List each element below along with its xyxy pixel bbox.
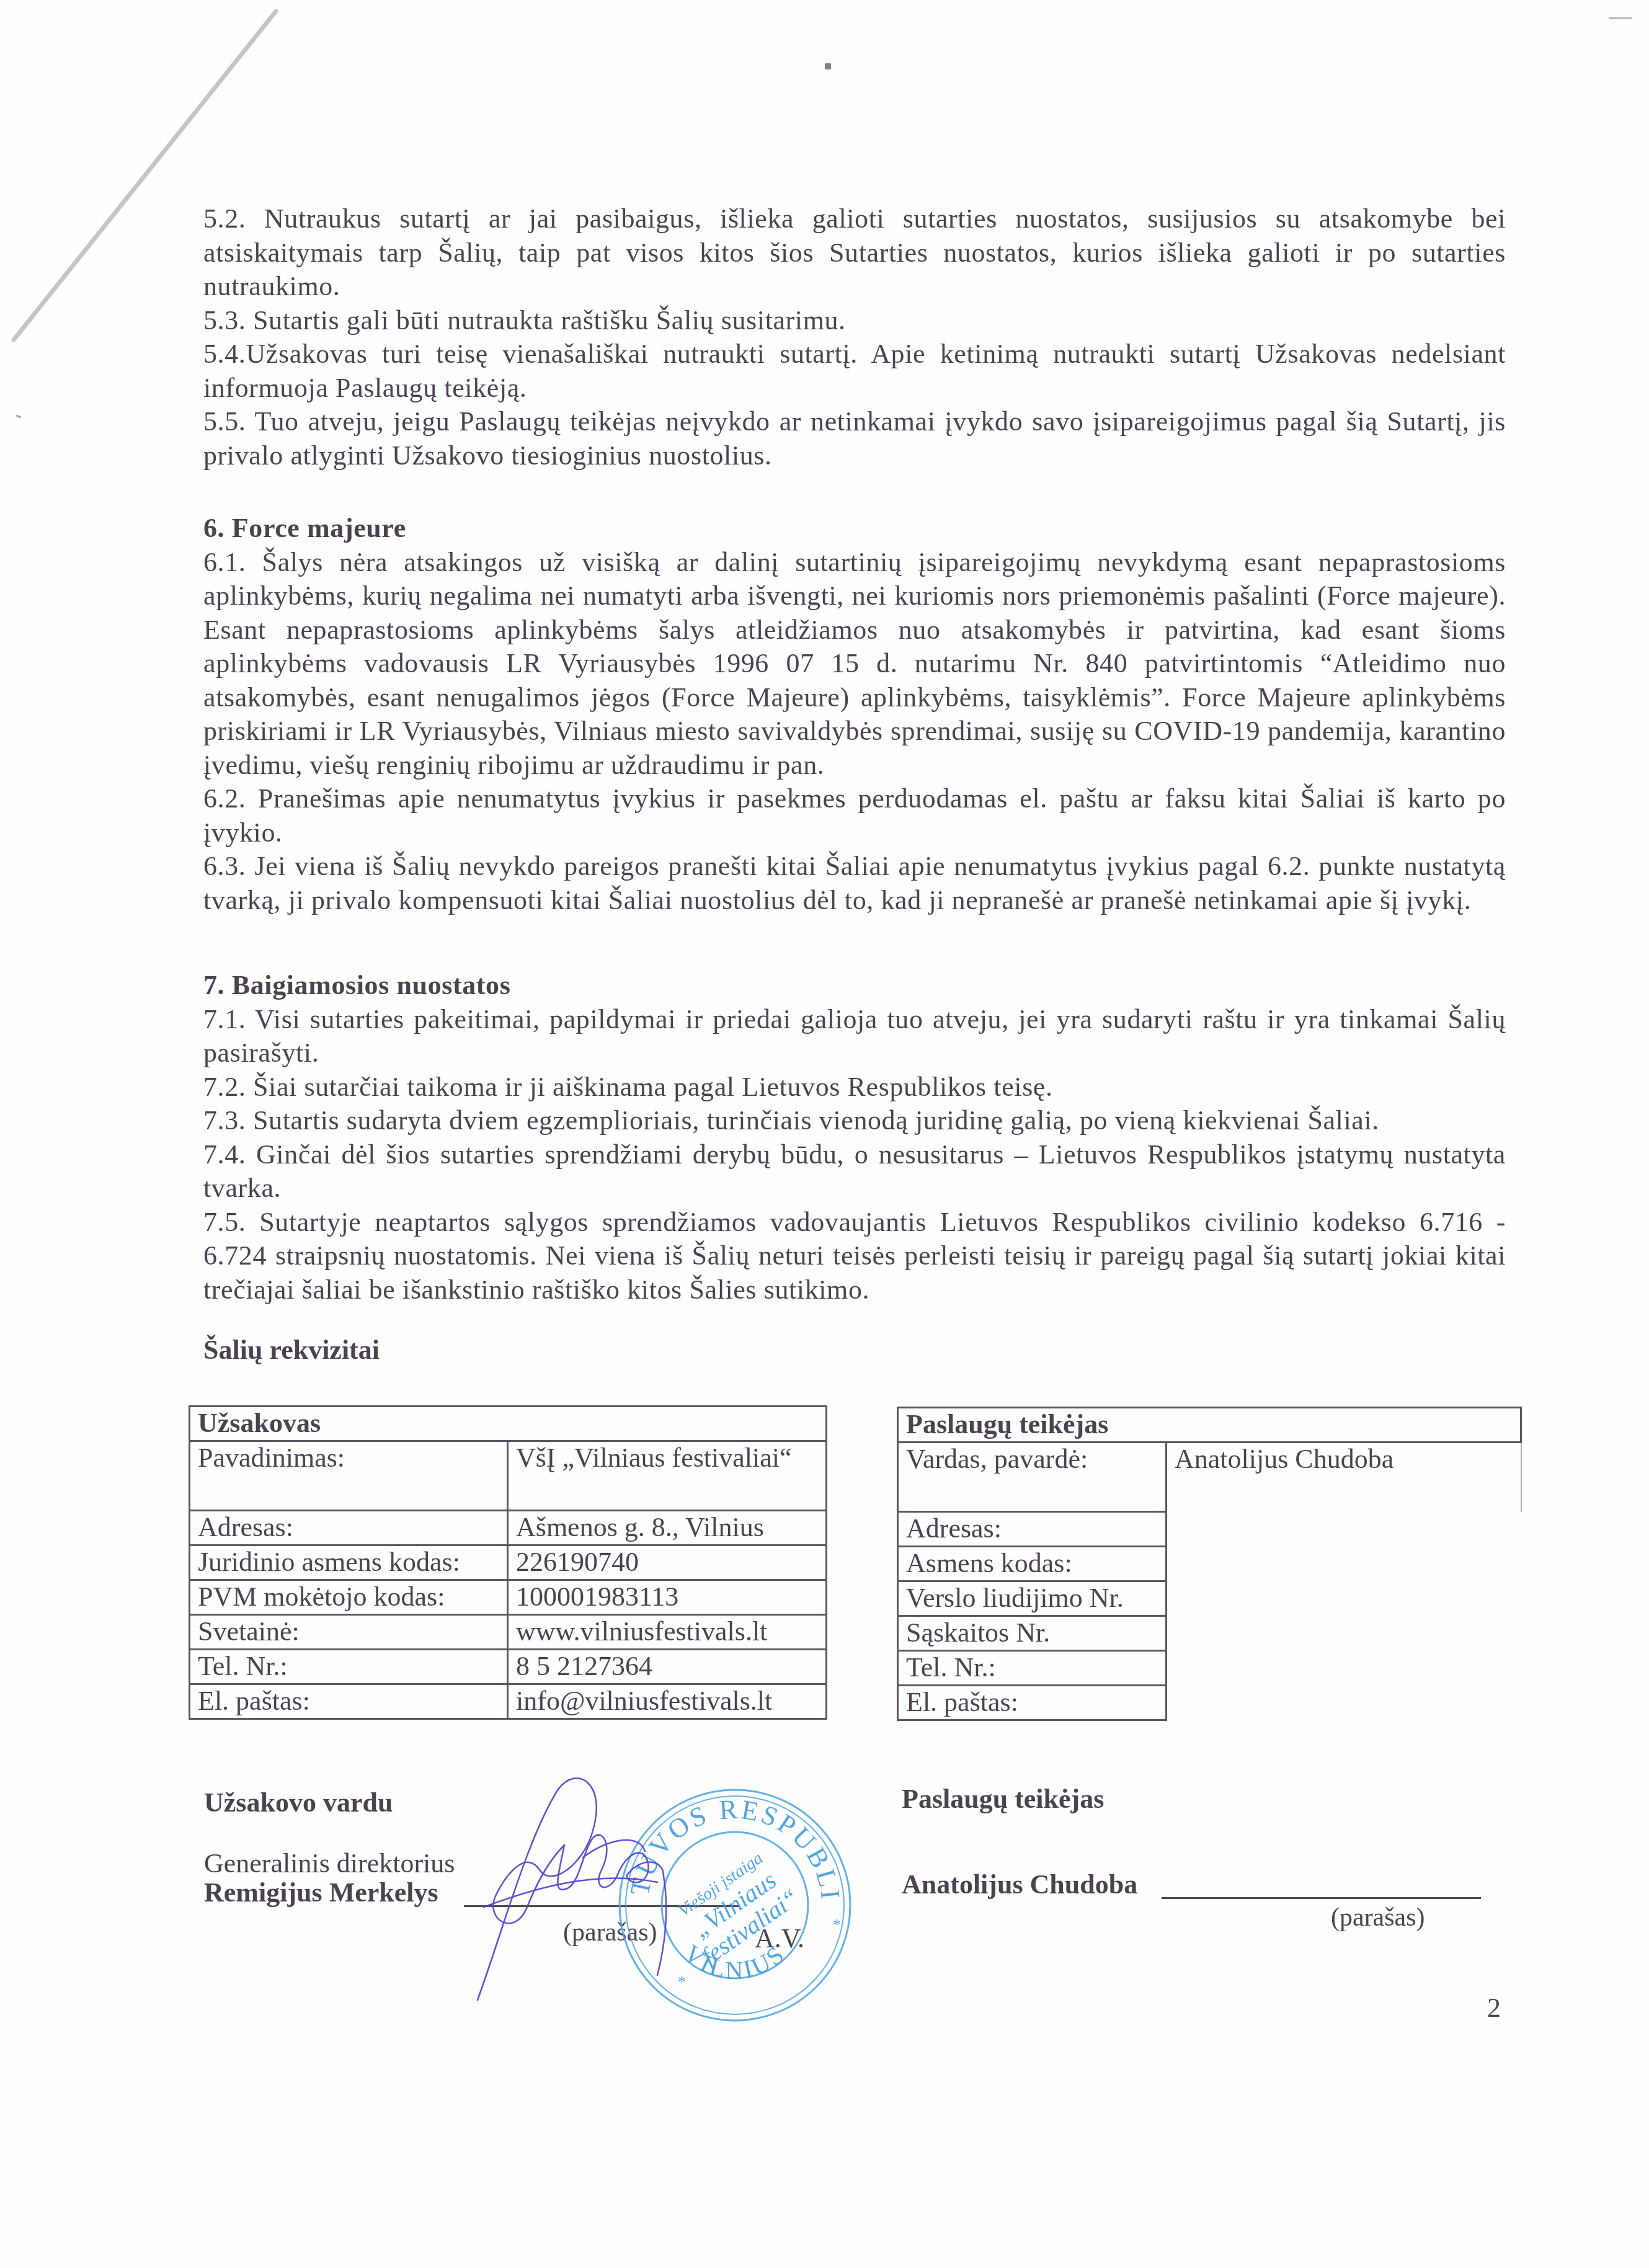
table-row: Verslo liudijimo Nr. [898,1581,1521,1616]
table-row: Adresas: Ašmenos g. 8., Vilnius [190,1511,827,1545]
row-value: 226190740 [508,1545,827,1580]
provider-signatory-name: Anatolijus Chudoba [902,1868,1137,1901]
provider-requisites-table: Paslaugų teikėjas Vardas, pavardė: Anato… [897,1407,1522,1721]
clause-7-4: 7.4. Ginčai dėl šios sutarties sprendžia… [203,1138,1506,1206]
table-row: Asmens kodas: [898,1547,1521,1581]
row-label: Vardas, pavardė: [898,1443,1167,1512]
row-value: Ašmenos g. 8., Vilnius [508,1511,827,1545]
provider-signature-caption: (parašas) [1331,1903,1425,1932]
clause-5-3: 5.3. Sutartis gali būti nutraukta raštiš… [203,304,1506,338]
clause-7-5: 7.5. Sutartyje neaptartos sąlygos sprend… [203,1206,1506,1307]
client-signatory-name: Remigijus Merkelys [204,1876,438,1910]
seal-placeholder-av: A.V. [755,1923,804,1954]
row-label: Verslo liudijimo Nr. [898,1581,1167,1616]
scan-dot-mark [825,63,831,69]
table-row: Tel. Nr.: 8 5 2127364 [190,1650,827,1684]
scan-tick-mark [16,414,22,418]
page-number: 2 [1487,1992,1501,2024]
row-label: Sąskaitos Nr. [898,1616,1167,1651]
row-value: www.vilniusfestivals.lt [508,1615,827,1650]
row-label: Svetainė: [190,1615,508,1650]
section-6-force-majeure: 6. Force majeure 6.1. Šalys nėra atsakin… [203,512,1506,917]
row-value: 8 5 2127364 [508,1650,827,1684]
row-value [1167,1581,1521,1616]
client-table-header: Užsakovas [190,1407,827,1441]
client-requisites-table: Užsakovas Pavadinimas: VšĮ „Vilniaus fes… [189,1405,827,1720]
clause-7-3: 7.3. Sutartis sudaryta dviem egzempliori… [203,1104,1506,1138]
table-row: El. paštas: [898,1686,1521,1720]
row-value: VšĮ „Vilniaus festivaliai“ [508,1441,827,1511]
row-label: El. paštas: [898,1686,1167,1720]
row-label: Adresas: [898,1512,1167,1547]
row-label: PVM mokėtojo kodas: [190,1580,508,1615]
row-label: Adresas: [190,1511,508,1545]
table-row: Adresas: [898,1512,1521,1547]
clause-7-1: 7.1. Visi sutarties pakeitimai, papildym… [203,1003,1506,1070]
row-label: Asmens kodas: [898,1547,1167,1581]
clause-6-3: 6.3. Jei viena iš Šalių nevykdo pareigos… [203,850,1506,917]
clause-5-5: 5.5. Tuo atveju, jeigu Paslaugų teikėjas… [203,405,1506,473]
row-value [1167,1616,1521,1651]
client-signature-heading: Užsakovo vardu [204,1786,393,1820]
row-value [1167,1686,1521,1720]
row-label: Tel. Nr.: [190,1650,508,1684]
row-value: Anatolijus Chudoba [1167,1443,1521,1512]
table-row: Sąskaitos Nr. [898,1616,1521,1651]
scan-corner-mark [1609,17,1632,19]
section-5-clauses: 5.2. Nutraukus sutartį ar jai pasibaigus… [203,202,1506,473]
provider-table-header: Paslaugų teikėjas [898,1408,1521,1443]
row-label: Tel. Nr.: [898,1651,1167,1686]
section-7-final-provisions: 7. Baigiamosios nuostatos 7.1. Visi suta… [203,969,1506,1307]
table-row: Svetainė: www.vilniusfestivals.lt [190,1615,827,1650]
row-value: info@vilniusfestivals.lt [508,1684,827,1719]
clause-5-4: 5.4.Užsakovas turi teisę vienašališkai n… [203,337,1506,405]
section-6-heading: 6. Force majeure [203,512,1506,546]
table-row: El. paštas: info@vilniusfestivals.lt [190,1684,827,1719]
table-row: Juridinio asmens kodas: 226190740 [190,1545,827,1580]
table-row: Pavadinimas: VšĮ „Vilniaus festivaliai“ [190,1441,827,1511]
clause-5-2: 5.2. Nutraukus sutartį ar jai pasibaigus… [203,202,1506,304]
provider-signature-line [1162,1897,1481,1899]
clause-6-1: 6.1. Šalys nėra atsakingos už visišką ar… [203,546,1506,783]
clause-6-2: 6.2. Pranešimas apie nenumatytus įvykius… [203,782,1506,850]
row-value: 100001983113 [508,1580,827,1615]
provider-signature-heading: Paslaugų teikėjas [902,1782,1104,1816]
row-label: Pavadinimas: [190,1441,508,1511]
row-label: El. paštas: [190,1684,508,1719]
table-row: PVM mokėtojo kodas: 100001983113 [190,1580,827,1615]
section-7-heading: 7. Baigiamosios nuostatos [203,969,1506,1003]
row-value [1167,1651,1521,1686]
table-row: Vardas, pavardė: Anatolijus Chudoba [898,1443,1521,1512]
requisites-title: Šalių rekvizitai [203,1333,380,1367]
clause-7-2: 7.2. Šiai sutarčiai taikoma ir ji aiškin… [203,1070,1506,1105]
row-label: Juridinio asmens kodas: [190,1545,508,1580]
row-value [1167,1512,1521,1547]
table-row: Tel. Nr.: [898,1651,1521,1686]
handwritten-signature [459,1764,719,2012]
svg-text:*: * [833,1916,841,1934]
client-signatory-position: Generalinis direktorius [204,1847,455,1880]
row-value [1167,1547,1521,1581]
